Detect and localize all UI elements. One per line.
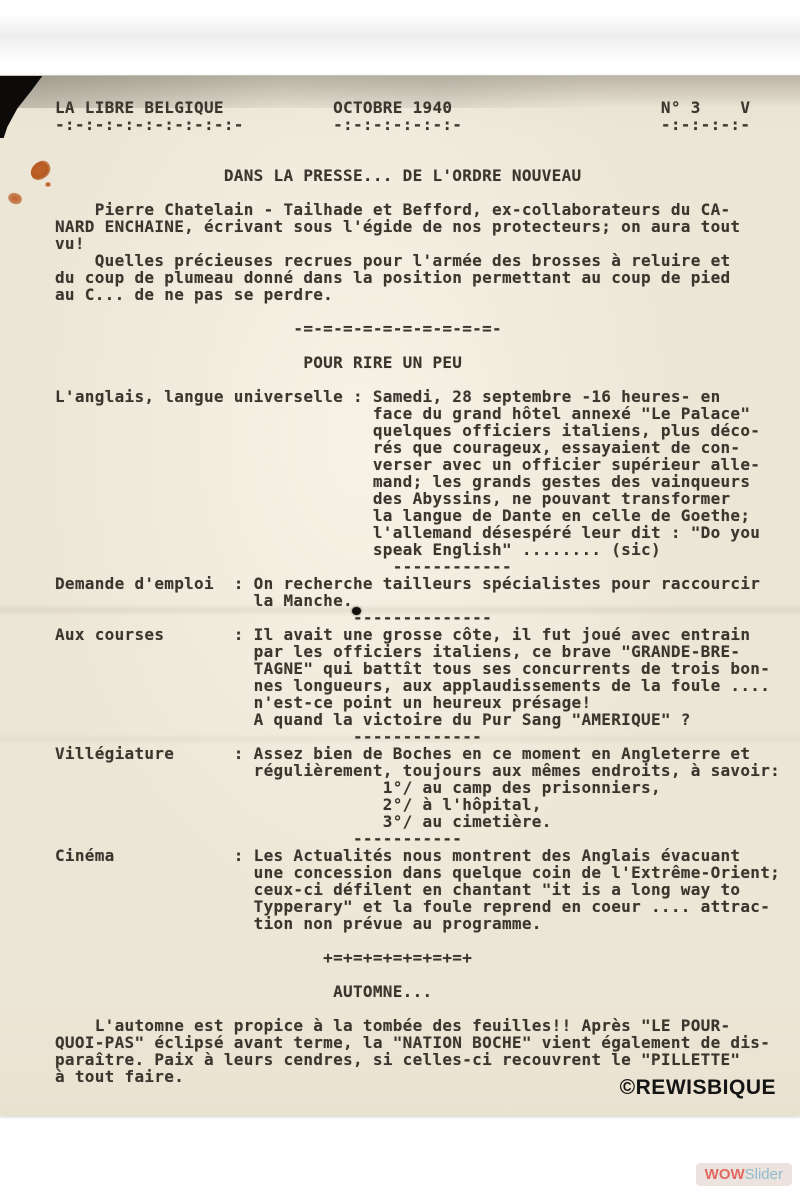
document-text: LA LIBRE BELGIQUE OCTOBRE 1940 N° 3 V-:-… (55, 99, 780, 1085)
text-line: -------------- (55, 609, 780, 626)
text-line: des Abyssins, ne pouvant transformer (55, 490, 780, 507)
text-line: la langue de Dante en celle de Goethe; (55, 507, 780, 524)
rust-stain (7, 191, 23, 205)
text-line: ------------- (55, 728, 780, 745)
text-line: Cinéma : Les Actualités nous montrent de… (55, 847, 780, 864)
text-line: nes longueurs, aux applaudissements de l… (55, 677, 780, 694)
text-line: Aux courses : Il avait une grosse côte, … (55, 626, 780, 643)
text-line: par les officiers italiens, ce brave "GR… (55, 643, 780, 660)
text-line: 3°/ au cimetière. (55, 813, 780, 830)
copyright-watermark: ©REWISBIQUE (620, 1076, 776, 1100)
top-shadow-band (0, 14, 800, 62)
text-line: speak English" ........ (sic) (55, 541, 780, 558)
text-line (55, 184, 780, 201)
text-line: au C... de ne pas se perdre. (55, 286, 780, 303)
text-line: Quelles précieuses recrues pour l'armée … (55, 252, 780, 269)
text-line: Typperary" et la foule reprend en coeur … (55, 898, 780, 915)
rust-stain (27, 158, 54, 183)
text-line: AUTOMNE... (55, 983, 780, 1000)
wowslider-wow-text: WOW (705, 1166, 745, 1183)
text-line: Villégiature : Assez bien de Boches en c… (55, 745, 780, 762)
text-line: face du grand hôtel annexé "Le Palace" (55, 405, 780, 422)
text-line: TAGNE" qui battît tous ses concurrents d… (55, 660, 780, 677)
text-line: rés que courageux, essayaient de con- (55, 439, 780, 456)
text-line (55, 1000, 780, 1017)
text-line: ceux-ci défilent en chantant "it is a lo… (55, 881, 780, 898)
scanned-document-page: LA LIBRE BELGIQUE OCTOBRE 1940 N° 3 V-:-… (0, 75, 800, 1116)
text-line: vu! (55, 235, 780, 252)
text-line: Pierre Chatelain - Tailhade et Befford, … (55, 201, 780, 218)
rust-stain (45, 182, 51, 187)
text-line: Demande d'emploi : On recherche tailleur… (55, 575, 780, 592)
text-line (55, 303, 780, 320)
text-line (55, 966, 780, 983)
text-line: 2°/ à l'hôpital, (55, 796, 780, 813)
text-line: régulièrement, toujours aux mêmes endroi… (55, 762, 780, 779)
text-line: -=-=-=-=-=-=-=-=-=-=- (55, 320, 780, 337)
text-line: ------------ (55, 558, 780, 575)
text-line (55, 932, 780, 949)
text-line: 1°/ au camp des prisonniers, (55, 779, 780, 796)
text-line (55, 371, 780, 388)
text-line: POUR RIRE UN PEU (55, 354, 780, 371)
page: { "meta": { "publication": "LA LIBRE BEL… (0, 0, 800, 1200)
text-line: ----------- (55, 830, 780, 847)
text-line (55, 337, 780, 354)
text-line: du coup de plumeau donné dans la positio… (55, 269, 780, 286)
text-line: LA LIBRE BELGIQUE OCTOBRE 1940 N° 3 V (55, 99, 780, 116)
wowslider-badge[interactable]: WOWSlider (696, 1163, 792, 1186)
text-line: NARD ENCHAINE, écrivant sous l'égide de … (55, 218, 780, 235)
text-line: QUOI-PAS" éclipsé avant terme, la "NATIO… (55, 1034, 780, 1051)
text-line: la Manche. (55, 592, 780, 609)
text-line: -:-:-:-:-:-:-:-:-:- -:-:-:-:-:-:- -:-:-:… (55, 116, 780, 133)
text-line: mand; les grands gestes des vainqueurs (55, 473, 780, 490)
text-line: tion non prévue au programme. (55, 915, 780, 932)
text-line: n'est-ce point un heureux présage! (55, 694, 780, 711)
text-line (55, 133, 780, 150)
text-line: DANS LA PRESSE... DE L'ORDRE NOUVEAU (55, 167, 780, 184)
text-line: L'automne est propice à la tombée des fe… (55, 1017, 780, 1034)
text-line: A quand la victoire du Pur Sang "AMERIQU… (55, 711, 780, 728)
text-line: l'allemand désespéré leur dit : "Do you (55, 524, 780, 541)
text-line: verser avec un officier supérieur alle- (55, 456, 780, 473)
text-line: une concession dans quelque coin de l'Ex… (55, 864, 780, 881)
text-line (55, 150, 780, 167)
text-line: paraître. Paix à leurs cendres, si celle… (55, 1051, 780, 1068)
text-line: +=+=+=+=+=+=+=+ (55, 949, 780, 966)
text-line: L'anglais, langue universelle : Samedi, … (55, 388, 780, 405)
text-line: quelques officiers italiens, plus déco- (55, 422, 780, 439)
wowslider-slider-text: Slider (745, 1166, 783, 1183)
